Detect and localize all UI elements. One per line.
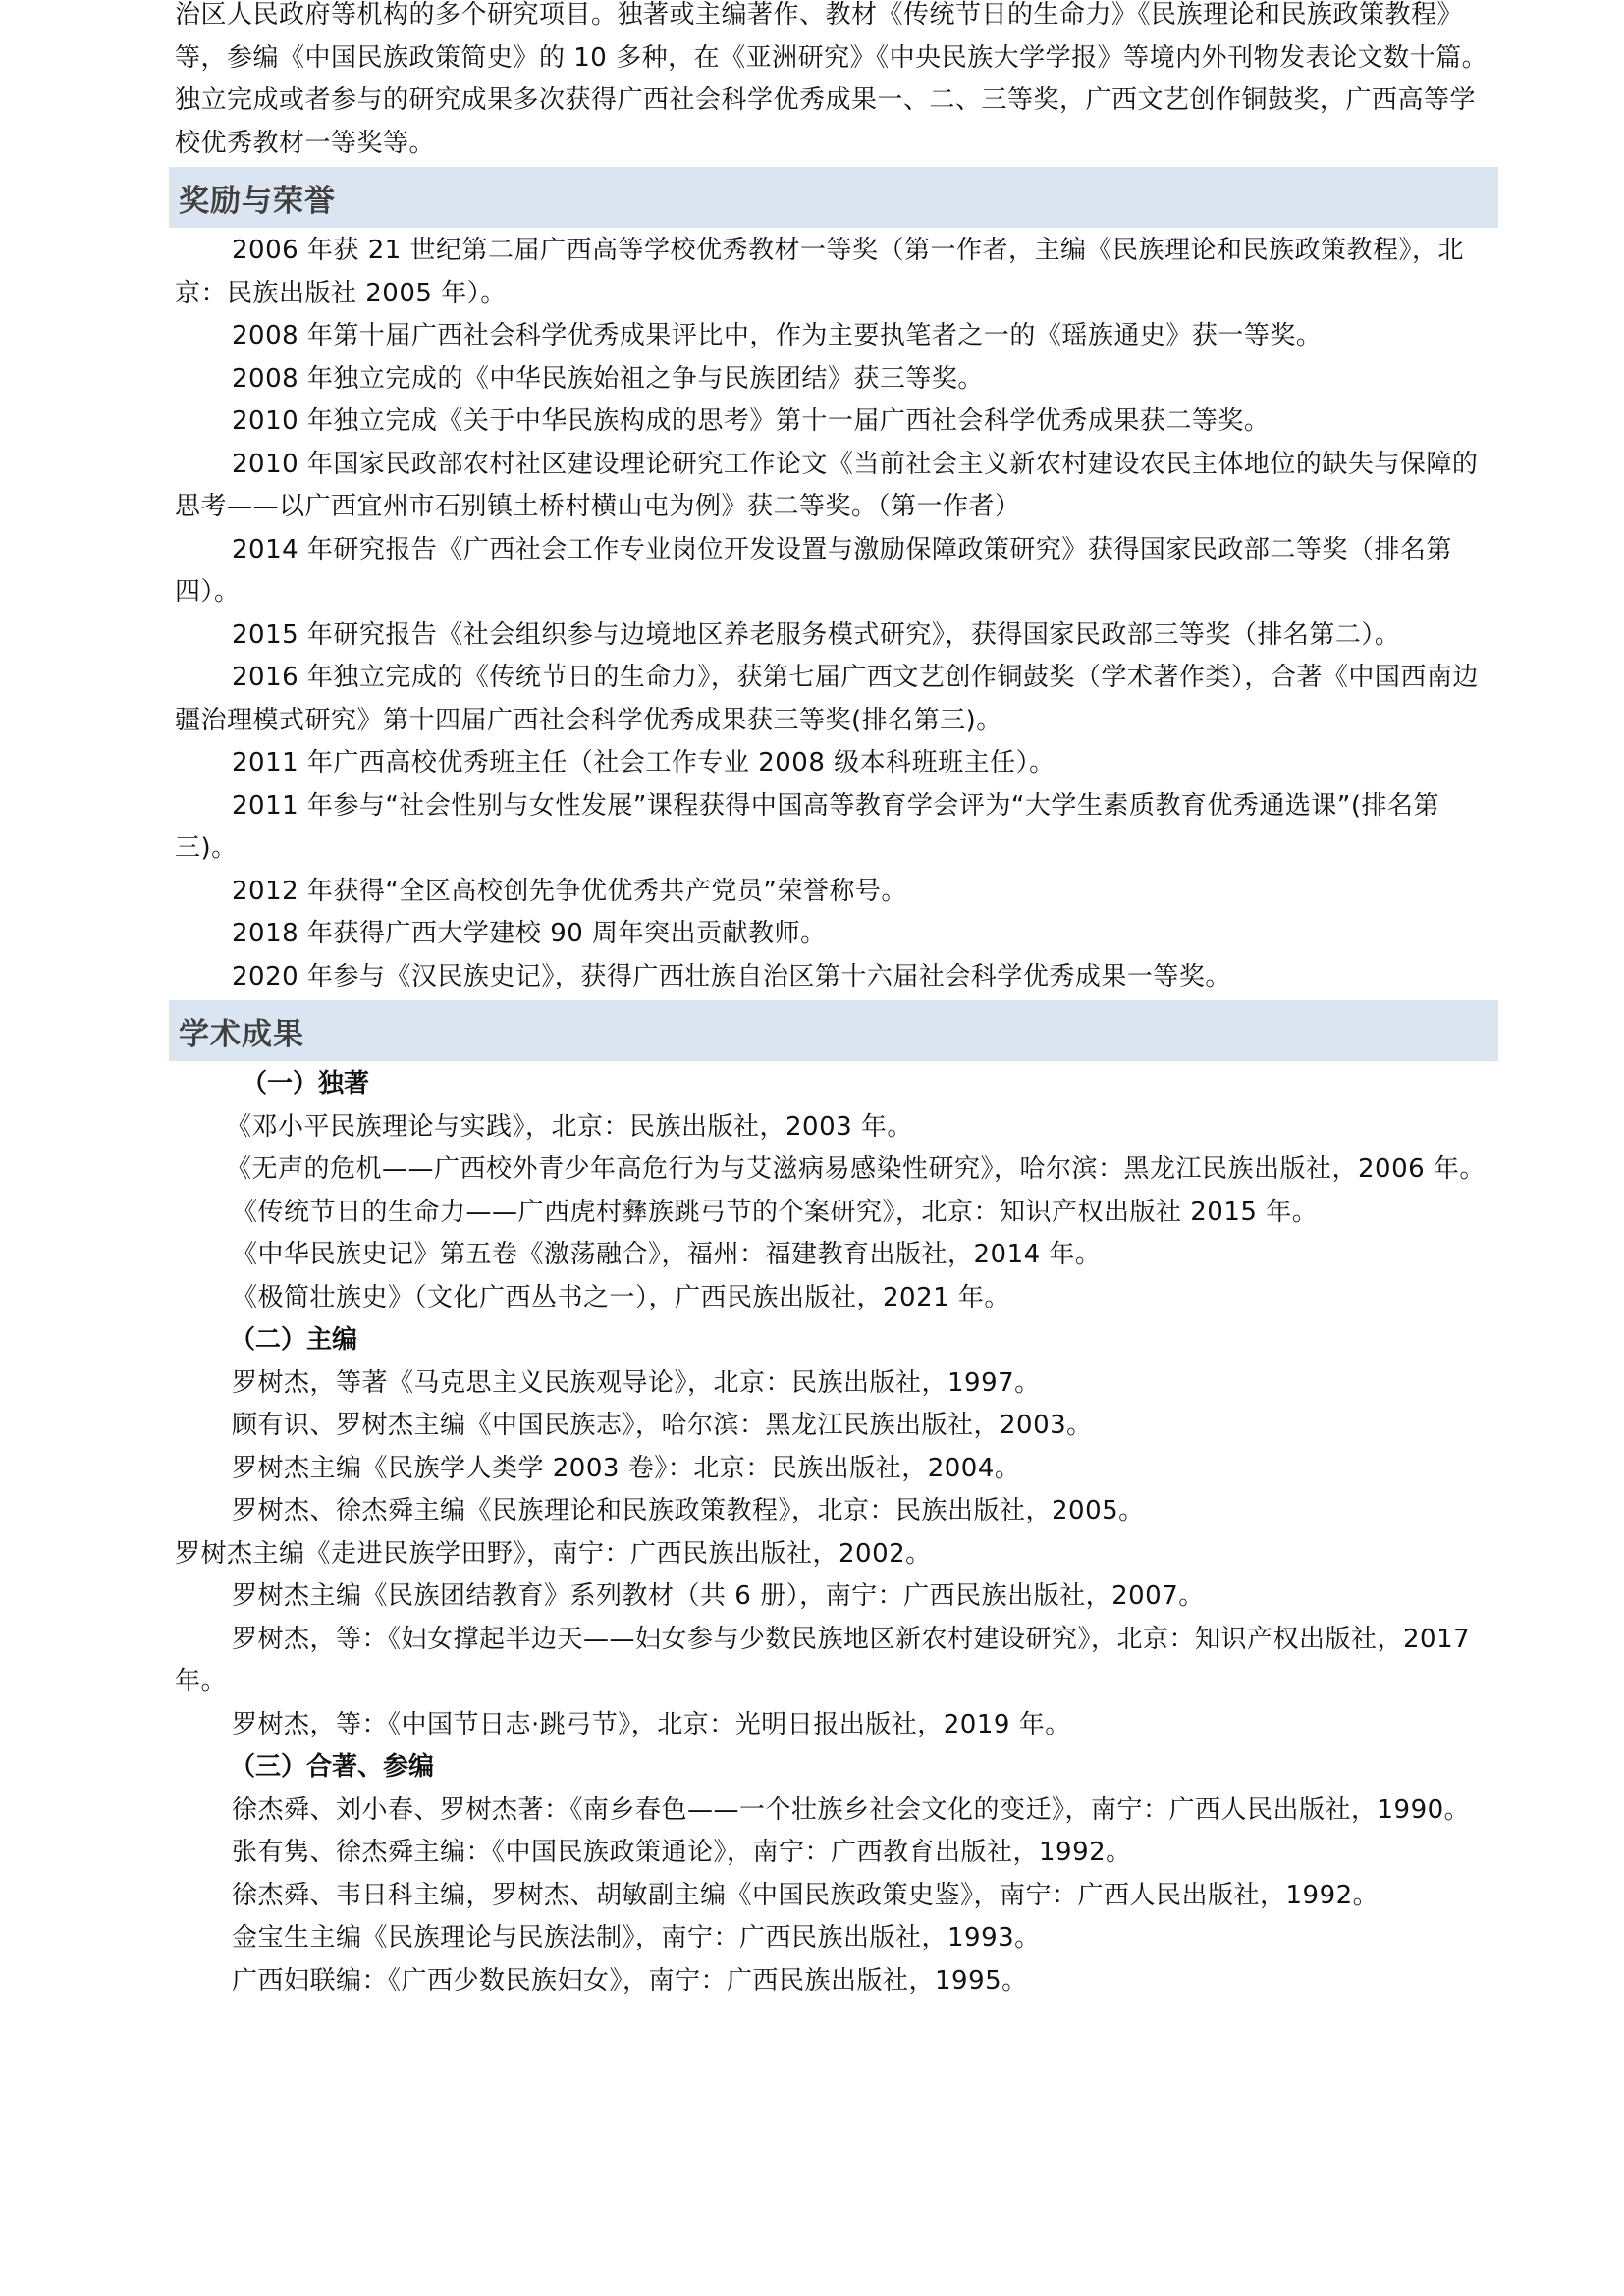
publication-item: 罗树杰、徐杰舜主编《民族理论和民族政策教程》，北京：民族出版社，2005。 xyxy=(175,1490,1490,1533)
publication-item: 顾有识、罗树杰主编《中国民族志》，哈尔滨：黑龙江民族出版社，2003。 xyxy=(175,1405,1490,1448)
subsection-heading: （二）主编 xyxy=(175,1319,1490,1362)
section-title-achievements: 学术成果 xyxy=(179,1009,304,1053)
awards-list: 2006 年获 21 世纪第二届广西高等学校优秀教材一等奖（第一作者，主编《民族… xyxy=(175,230,1490,998)
award-item: 2016 年独立完成的《传统节日的生命力》，获第七届广西文艺创作铜鼓奖（学术著作… xyxy=(175,657,1490,742)
subsection-heading: （三）合著、参编 xyxy=(175,1746,1490,1789)
publication-item: 徐杰舜、刘小春、罗树杰著：《南乡春色——一个壮族乡社会文化的变迁》，南宁：广西人… xyxy=(175,1789,1490,1833)
publication-item: 金宝生主编《民族理论与民族法制》，南宁：广西民族出版社，1993。 xyxy=(175,1917,1490,1960)
award-item: 2018 年获得广西大学建校 90 周年突出贡献教师。 xyxy=(175,913,1490,956)
award-item: 2011 年参与“社会性别与女性发展”课程获得中国高等教育学会评为“大学生素质教… xyxy=(175,785,1490,871)
publication-item: 《邓小平民族理论与实践》，北京：民族出版社，2003 年。 xyxy=(175,1106,1490,1149)
publication-item: 广西妇联编：《广西少数民族妇女》，南宁：广西民族出版社，1995。 xyxy=(175,1960,1490,2003)
award-item: 2014 年研究报告《广西社会工作专业岗位开发设置与激励保障政策研究》获得国家民… xyxy=(175,529,1490,614)
award-item: 2008 年第十届广西社会科学优秀成果评比中，作为主要执笔者之一的《瑶族通史》获… xyxy=(175,315,1490,358)
achievements-coauthored: （三）合著、参编 徐杰舜、刘小春、罗树杰著：《南乡春色——一个壮族乡社会文化的变… xyxy=(175,1746,1490,2002)
publication-item: 徐杰舜、韦日科主编，罗树杰、胡敏副主编《中国民族政策史鉴》，南宁：广西人民出版社… xyxy=(175,1875,1490,1918)
subsection-heading: （一）独著 xyxy=(175,1063,1490,1106)
publication-item: 张有隽、徐杰舜主编：《中国民族政策通论》，南宁：广西教育出版社，1992。 xyxy=(175,1832,1490,1875)
intro-paragraph: 治区人民政府等机构的多个研究项目。独著或主编著作、教材《传统节日的生命力》《民族… xyxy=(175,0,1490,165)
publication-item: 罗树杰主编《民族学人类学 2003 卷》：北京：民族出版社，2004。 xyxy=(175,1448,1490,1491)
award-item: 2010 年国家民政部农村社区建设理论研究工作论文《当前社会主义新农村建设农民主… xyxy=(175,444,1490,529)
award-item: 2012 年获得“全区高校创先争优优秀共产党员”荣誉称号。 xyxy=(175,871,1490,914)
section-title-awards: 奖励与荣誉 xyxy=(179,176,336,220)
publication-item: 《中华民族史记》第五卷《激荡融合》，福州：福建教育出版社，2014 年。 xyxy=(175,1234,1490,1277)
section-header-awards: 奖励与荣誉 xyxy=(169,167,1498,228)
document-page: 治区人民政府等机构的多个研究项目。独著或主编著作、教材《传统节日的生命力》《民族… xyxy=(175,0,1490,2002)
award-item: 2008 年独立完成的《中华民族始祖之争与民族团结》获三等奖。 xyxy=(175,358,1490,401)
award-item: 2010 年独立完成《关于中华民族构成的思考》第十一届广西社会科学优秀成果获二等… xyxy=(175,400,1490,444)
publication-item: 罗树杰，等：《妇女撑起半边天——妇女参与少数民族地区新农村建设研究》，北京：知识… xyxy=(175,1619,1490,1704)
achievements-edited: （二）主编 罗树杰，等著《马克思主义民族观导论》，北京：民族出版社，1997。 … xyxy=(175,1319,1490,1746)
award-item: 2020 年参与《汉民族史记》，获得广西壮族自治区第十六届社会科学优秀成果一等奖… xyxy=(175,956,1490,999)
publication-item: 《极简壮族史》（文化广西丛书之一），广西民族出版社，2021 年。 xyxy=(175,1277,1490,1320)
section-header-achievements: 学术成果 xyxy=(169,1000,1498,1061)
publication-item: 罗树杰主编《走进民族学田野》，南宁：广西民族出版社，2002。 xyxy=(175,1533,1490,1576)
publication-item: 《无声的危机——广西校外青少年高危行为与艾滋病易感染性研究》，哈尔滨：黑龙江民族… xyxy=(175,1148,1490,1192)
award-item: 2011 年广西高校优秀班主任（社会工作专业 2008 级本科班班主任）。 xyxy=(175,742,1490,785)
award-item: 2015 年研究报告《社会组织参与边境地区养老服务模式研究》，获得国家民政部三等… xyxy=(175,614,1490,658)
publication-item: 罗树杰，等著《马克思主义民族观导论》，北京：民族出版社，1997。 xyxy=(175,1362,1490,1406)
publication-item: 罗树杰，等：《中国节日志·跳弓节》，北京：光明日报出版社，2019 年。 xyxy=(175,1704,1490,1747)
publication-item: 罗树杰主编《民族团结教育》系列教材（共 6 册），南宁：广西民族出版社，2007… xyxy=(175,1575,1490,1619)
achievements-monographs: （一）独著 《邓小平民族理论与实践》，北京：民族出版社，2003 年。 《无声的… xyxy=(175,1063,1490,1319)
award-item: 2006 年获 21 世纪第二届广西高等学校优秀教材一等奖（第一作者，主编《民族… xyxy=(175,230,1490,315)
publication-item: 《传统节日的生命力——广西虎村彝族跳弓节的个案研究》，北京：知识产权出版社 20… xyxy=(175,1192,1490,1235)
